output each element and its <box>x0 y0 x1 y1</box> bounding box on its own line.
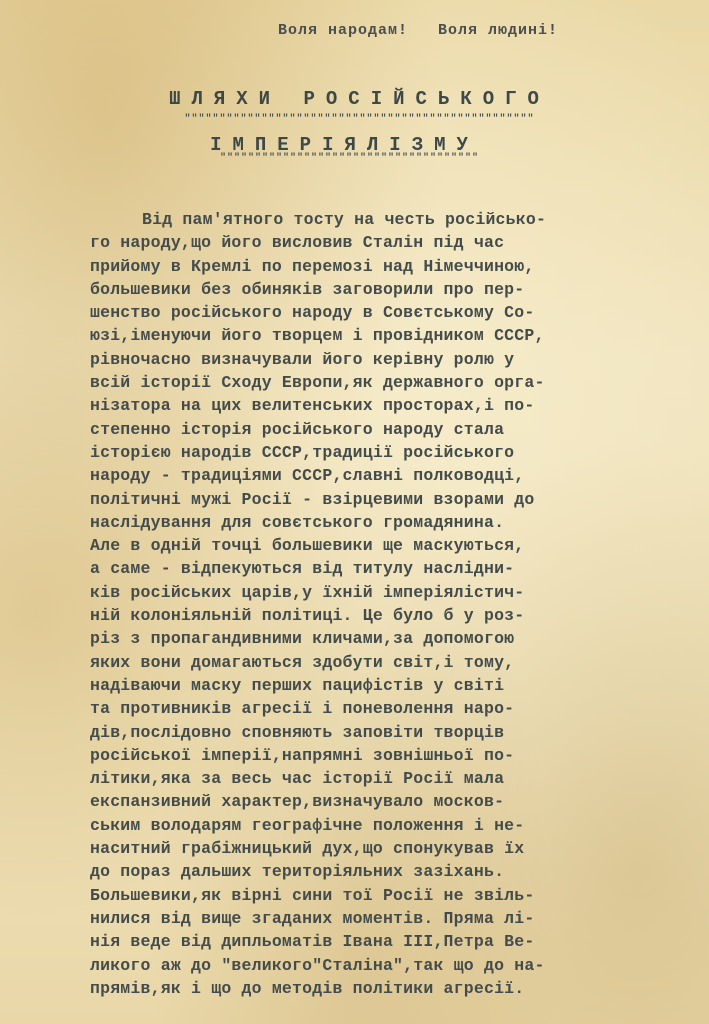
text-line: різ з пропагандивними кличами,за допомог… <box>90 627 690 650</box>
text-line: політичні мужі Росії - взірцевими взорам… <box>90 488 690 511</box>
text-line: та противників агресії і поневолення нар… <box>90 697 690 720</box>
text-line: надіваючи маску перших пацифістів у світ… <box>90 674 690 697</box>
text-line: прийому в Кремлі по перемозі над Німеччи… <box>90 255 690 278</box>
text-line: яких вони домагаються здобути світ,і том… <box>90 651 690 674</box>
text-line: нилися від вище згаданих моментів. Пряма… <box>90 907 690 930</box>
text-line: степенно історія російського народу стал… <box>90 418 690 441</box>
text-line: Большевики,як вірні сини тої Росії не зв… <box>90 884 690 907</box>
text-line: Але в одній точці большевики ще маскують… <box>90 534 690 557</box>
text-line: рівночасно визначували його керівну ролю… <box>90 348 690 371</box>
text-line: всій історії Сходу Европи,як державного … <box>90 371 690 394</box>
text-line: нія веде від дипльоматів Івана III,Петра… <box>90 930 690 953</box>
text-line: російської імперії,напрямні зовнішньої п… <box>90 744 690 767</box>
text-line: ків російських царів,у їхній імперіяліст… <box>90 581 690 604</box>
text-line: го народу,що його висловив Сталін під ча… <box>90 231 690 254</box>
text-line: до пораз дальших територіяльних зазіхань… <box>90 860 690 883</box>
text-line: експанзивний характер,визначувало москов… <box>90 790 690 813</box>
text-line: ній колоніяльній політиці. Це було б у р… <box>90 604 690 627</box>
text-line: наслідування для совєтського громадянина… <box>90 511 690 534</box>
text-line: історією народів СССР,традиції російсько… <box>90 441 690 464</box>
title-underline-1: """"""""""""""""""""""""""""""""""""""""… <box>5 114 709 125</box>
text-line: Від пам'ятного тосту на честь російсько- <box>90 208 690 231</box>
text-line: літики,яка за весь час історії Росії мал… <box>90 767 690 790</box>
text-line: ликого аж до "великого"Сталіна",так що д… <box>90 954 690 977</box>
title-line-1: ШЛЯХИ РОСІЙСЬКОГО <box>5 88 709 110</box>
text-line: юзі,іменуючи його творцем і провідником … <box>90 324 690 347</box>
text-line: нізатора на цих велитенських просторах,і… <box>90 394 690 417</box>
text-line: прямів,як і що до методів політики агрес… <box>90 977 690 1000</box>
document-page: Воля народам! Воля людині! ШЛЯХИ РОСІЙСЬ… <box>0 0 709 1024</box>
slogan: Воля народам! Воля людині! <box>278 22 558 39</box>
text-line: шенство російського народу в Совєтському… <box>90 301 690 324</box>
text-line: ським володарям географічне положення і … <box>90 814 690 837</box>
body-text: Від пам'ятного тосту на честь російсько-… <box>90 208 690 1000</box>
text-line: народу - традиціями СССР,славні полковод… <box>90 464 690 487</box>
title-underline-2: """"""""""""""""""""""""""""""""""""" <box>0 153 704 164</box>
text-line: а саме - відпекуються від титулу наслідн… <box>90 557 690 580</box>
text-line: наситний грабіжницький дух,що спонукував… <box>90 837 690 860</box>
text-line: дів,послідовно сповняють заповіти творці… <box>90 721 690 744</box>
text-line: большевики без обиняків заговорили про п… <box>90 278 690 301</box>
